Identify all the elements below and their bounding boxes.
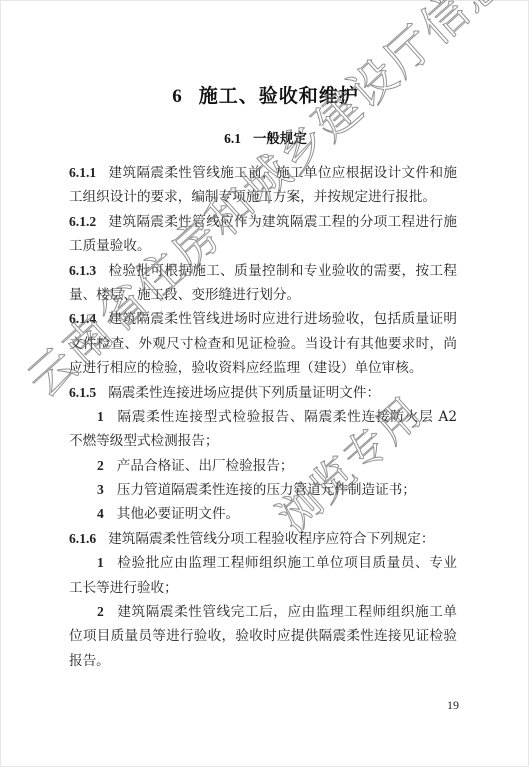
clause-line: 量、楼层、施工段、变形缝进行划分。 <box>69 283 457 307</box>
item-text: 位项目质量员等进行验收，验收时应提供隔震柔性连接见证检验 <box>69 628 457 644</box>
chapter-title: 6施工、验收和维护 <box>1 81 529 108</box>
page-number: 19 <box>447 698 459 713</box>
clause-number: 6.1.4 <box>69 311 96 326</box>
item-number: 3 <box>97 482 104 497</box>
clause-6-1-3: 6.1.3检验批可根据施工、质量控制和专业验收的需要，按工程 <box>69 259 457 283</box>
clause-text: 建筑隔震柔性管线分项工程验收程序应符合下列规定： <box>108 531 434 547</box>
section-number: 6.1 <box>224 131 241 146</box>
document-page: 6施工、验收和维护 6.1一般规定 6.1.1建筑隔震柔性管线施工前，施工单位应… <box>0 0 529 767</box>
chapter-title-text: 施工、验收和维护 <box>199 85 359 107</box>
clause-line: 应进行相应的检验，验收资料应经监理（建设）单位审核。 <box>69 356 457 380</box>
list-item: 4其他必要证明文件。 <box>69 502 457 526</box>
clause-text: 隔震柔性连接进场应提供下列质量证明文件： <box>108 385 380 401</box>
list-item-line: 不燃等级型式检测报告； <box>69 429 457 453</box>
clause-6-1-6: 6.1.6建筑隔震柔性管线分项工程验收程序应符合下列规定： <box>69 527 457 551</box>
clause-line: 文件检查、外观尺寸检查和见证检验。当设计有其他要求时，尚 <box>69 332 457 356</box>
clause-number: 6.1.5 <box>69 385 96 400</box>
item-number: 2 <box>97 604 104 619</box>
item-text: 隔震柔性连接型式检验报告、隔震柔性连接防火层 A2 <box>117 409 457 425</box>
clause-number: 6.1.6 <box>69 531 96 546</box>
item-text: 其他必要证明文件。 <box>117 506 239 522</box>
clause-6-1-5: 6.1.5隔震柔性连接进场应提供下列质量证明文件： <box>69 381 457 405</box>
item-text: 检验批应由监理工程师组织施工单位项目质量员、专业 <box>117 555 457 571</box>
list-item: 3压力管道隔震柔性连接的压力管道元件制造证书； <box>69 478 457 502</box>
clause-line: 工质量验收。 <box>69 234 457 258</box>
chapter-number: 6 <box>172 86 183 107</box>
clause-text: 检验批可根据施工、质量控制和专业验收的需要，按工程 <box>108 263 457 279</box>
body-text: 6.1.1建筑隔震柔性管线施工前，施工单位应根据设计文件和施 工组织设计的要求，… <box>69 161 457 673</box>
clause-text: 工质量验收。 <box>69 238 151 254</box>
clause-text: 工组织设计的要求，编制专项施工方案，并按规定进行报批。 <box>69 189 436 205</box>
list-item: 1检验批应由监理工程师组织施工单位项目质量员、专业 <box>69 551 457 575</box>
list-item-line: 位项目质量员等进行验收，验收时应提供隔震柔性连接见证检验 <box>69 624 457 648</box>
clause-6-1-4: 6.1.4建筑隔震柔性管线进场时应进行进场验收，包括质量证明 <box>69 307 457 331</box>
list-item-line: 报告。 <box>69 649 457 673</box>
item-number: 1 <box>97 409 104 424</box>
section-title: 6.1一般规定 <box>1 127 529 147</box>
clause-number: 6.1.1 <box>69 165 96 180</box>
list-item-line: 工长等进行验收； <box>69 576 457 600</box>
item-text: 报告。 <box>69 653 110 669</box>
list-item: 2产品合格证、出厂检验报告； <box>69 454 457 478</box>
clause-number: 6.1.3 <box>69 263 96 278</box>
item-text: 不燃等级型式检测报告； <box>69 433 219 449</box>
list-item: 2建筑隔震柔性管线完工后，应由监理工程师组织施工单 <box>69 600 457 624</box>
clause-text: 建筑隔震柔性管线进场时应进行进场验收，包括质量证明 <box>108 311 457 327</box>
section-title-text: 一般规定 <box>253 131 307 147</box>
clause-text: 量、楼层、施工段、变形缝进行划分。 <box>69 287 300 303</box>
item-text: 产品合格证、出厂检验报告； <box>117 458 294 474</box>
clause-number: 6.1.2 <box>69 214 96 229</box>
item-text: 压力管道隔震柔性连接的压力管道元件制造证书； <box>117 482 416 498</box>
item-text: 建筑隔震柔性管线完工后，应由监理工程师组织施工单 <box>117 604 457 620</box>
item-number: 4 <box>97 506 104 521</box>
clause-text: 应进行相应的检验，验收资料应经监理（建设）单位审核。 <box>69 360 422 376</box>
clause-text: 文件检查、外观尺寸检查和见证检验。当设计有其他要求时，尚 <box>69 336 457 352</box>
list-item: 1隔震柔性连接型式检验报告、隔震柔性连接防火层 A2 <box>69 405 457 429</box>
item-number: 2 <box>97 458 104 473</box>
clause-6-1-1: 6.1.1建筑隔震柔性管线施工前，施工单位应根据设计文件和施 <box>69 161 457 185</box>
item-number: 1 <box>97 555 104 570</box>
clause-text: 建筑隔震柔性管线施工前，施工单位应根据设计文件和施 <box>108 165 457 181</box>
item-text: 工长等进行验收； <box>69 580 178 596</box>
clause-6-1-2: 6.1.2建筑隔震柔性管线应作为建筑隔震工程的分项工程进行施 <box>69 210 457 234</box>
clause-line: 工组织设计的要求，编制专项施工方案，并按规定进行报批。 <box>69 185 457 209</box>
clause-text: 建筑隔震柔性管线应作为建筑隔震工程的分项工程进行施 <box>108 214 457 230</box>
